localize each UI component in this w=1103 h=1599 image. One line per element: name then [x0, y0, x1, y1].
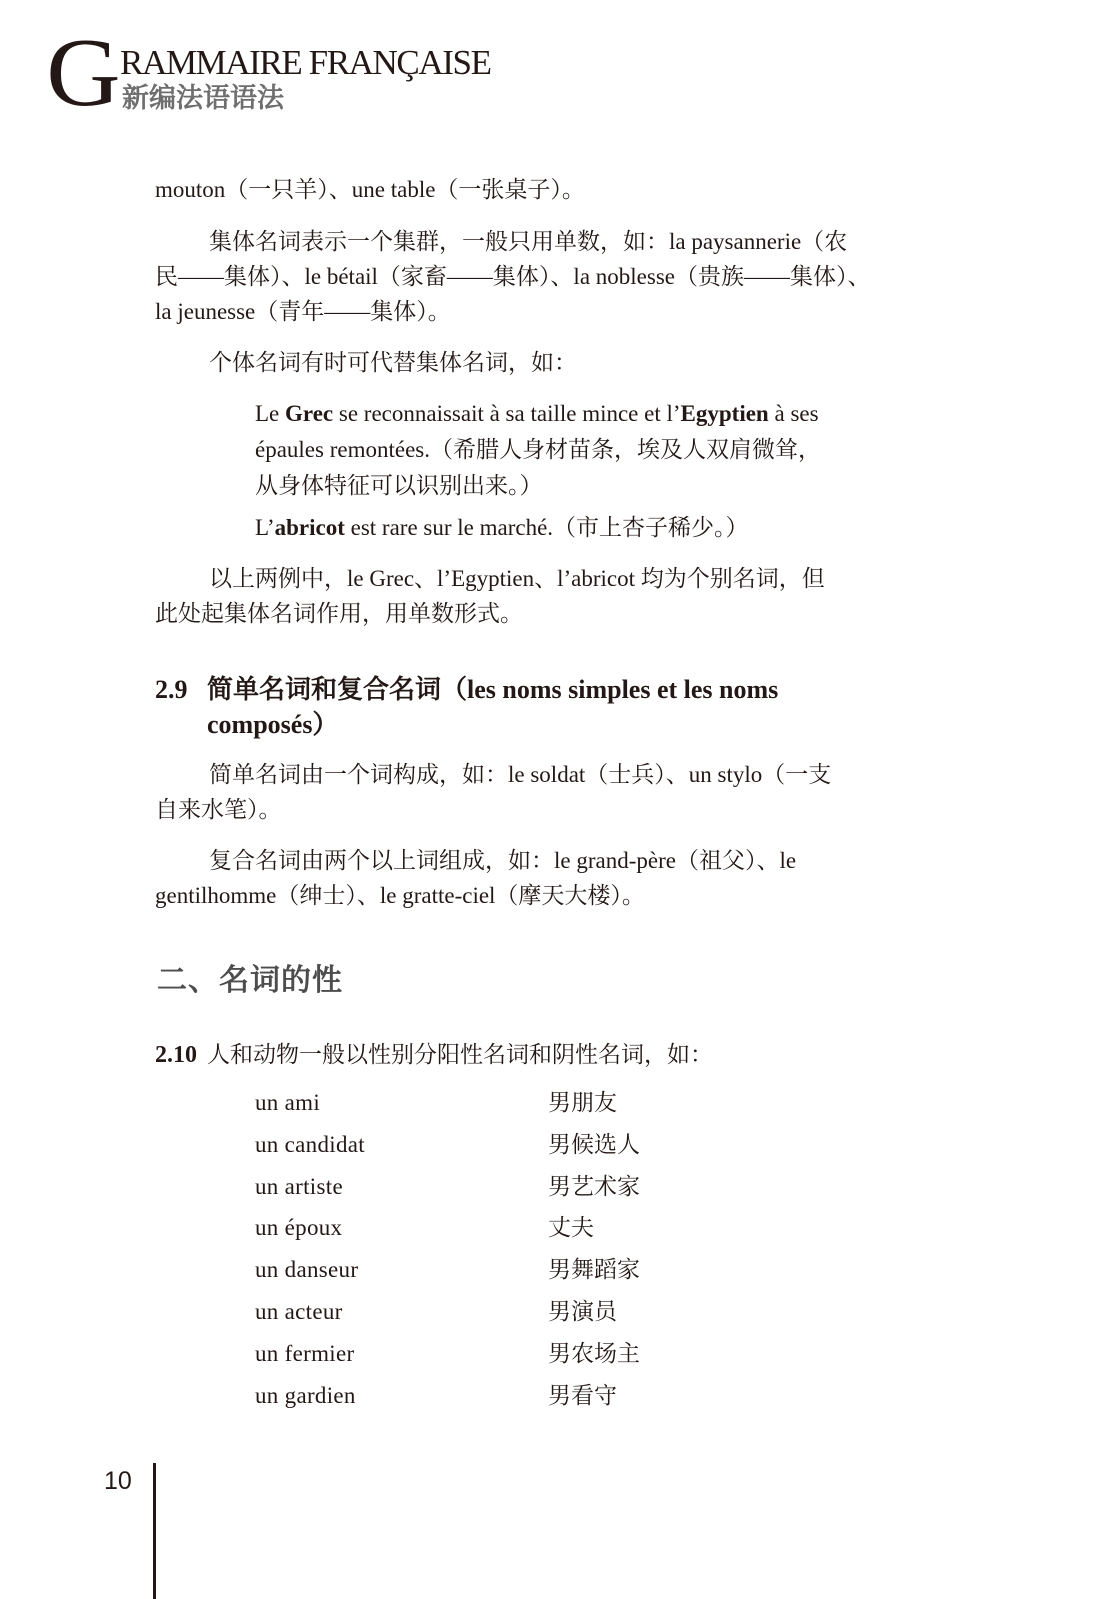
paragraph-compound-nouns: 复合名词由两个以上词组成，如：le grand-père（祖父）、le gent… [155, 843, 912, 913]
chinese-translation: 男看守 [548, 1378, 617, 1414]
chinese-translation: 男朋友 [548, 1085, 617, 1121]
paragraph-collective-nouns: 集体名词表示一个集群，一般只用单数，如：la paysannerie（农 民——… [155, 224, 912, 329]
paragraph-explanation: 以上两例中，le Grec、l’Egyptien、l’abricot 均为个别名… [155, 561, 912, 631]
chapter-heading: 二、名词的性 [157, 955, 343, 999]
paragraph-continued: mouton（一只羊）、une table（一张桌子）。 [155, 172, 912, 207]
vocabulary-list: un ami男朋友 un candidat男候选人 un artiste男艺术家… [255, 1085, 755, 1419]
section-number: 2.10 [155, 1042, 197, 1068]
text-line: L’abricot est rare sur le marché.（市上杏子稀少… [255, 510, 915, 546]
bold-term: Grec [285, 401, 333, 426]
french-term: un gardien [255, 1378, 356, 1414]
text-fragment: Le [255, 401, 285, 426]
header-title-chinese: 新编法语语法 [122, 84, 284, 114]
example-sentence-1: Le Grec se reconnaissait à sa taille min… [255, 396, 915, 504]
vocab-row: un ami男朋友 [255, 1085, 755, 1127]
text-line: 从身体特征可以识别出来。） [255, 468, 915, 504]
vocab-row: un gardien男看守 [255, 1378, 755, 1420]
text-fragment: se reconnaissait à sa taille mince et l’ [333, 401, 680, 426]
text-line: gentilhomme（绅士）、le gratte-ciel（摩天大楼）。 [155, 878, 912, 913]
chinese-translation: 男艺术家 [548, 1169, 640, 1205]
chinese-translation: 男候选人 [548, 1127, 640, 1163]
text-fragment: L’ [255, 515, 275, 540]
page-number: 10 [104, 1467, 132, 1496]
paragraph-individual-nouns: 个体名词有时可代替集体名词，如： [155, 345, 912, 380]
text-line: 民——集体）、le bétail（家畜——集体）、la noblesse（贵族—… [155, 259, 912, 294]
vocab-row: un acteur男演员 [255, 1294, 755, 1336]
french-term: un ami [255, 1085, 320, 1121]
vocab-row: un artiste男艺术家 [255, 1169, 755, 1211]
paragraph-simple-nouns: 简单名词由一个词构成，如：le soldat（士兵）、un stylo（一支 自… [155, 757, 912, 827]
vocab-row: un candidat男候选人 [255, 1127, 755, 1169]
chinese-translation: 丈夫 [548, 1210, 594, 1246]
text-line: 集体名词表示一个集群，一般只用单数，如：la paysannerie（农 [155, 224, 912, 259]
text-fragment: à ses [769, 401, 819, 426]
french-term: un candidat [255, 1127, 365, 1163]
section-heading-2-10: 2.10人和动物一般以性别分阳性名词和阴性名词，如： [155, 1037, 713, 1073]
text-line: 简单名词由一个词构成，如：le soldat（士兵）、un stylo（一支 [155, 757, 912, 792]
chinese-translation: 男农场主 [548, 1336, 640, 1372]
chinese-translation: 男演员 [548, 1294, 617, 1330]
text-line: Le Grec se reconnaissait à sa taille min… [255, 396, 915, 432]
chinese-translation: 男舞蹈家 [548, 1252, 640, 1288]
vocab-row: un époux丈夫 [255, 1210, 755, 1252]
text-line: 个体名词有时可代替集体名词，如： [155, 345, 912, 380]
text-line: 复合名词由两个以上词组成，如：le grand-père（祖父）、le [155, 843, 912, 878]
footer-vertical-rule [153, 1463, 156, 1599]
vocab-row: un fermier男农场主 [255, 1336, 755, 1378]
french-term: un danseur [255, 1252, 358, 1288]
example-sentence-2: L’abricot est rare sur le marché.（市上杏子稀少… [255, 510, 915, 546]
section-number: 2.9 [155, 672, 207, 707]
french-term: un artiste [255, 1169, 343, 1205]
french-term: un fermier [255, 1336, 354, 1372]
vocab-row: un danseur男舞蹈家 [255, 1252, 755, 1294]
text-line: 此处起集体名词作用，用单数形式。 [155, 596, 912, 631]
french-term: un acteur [255, 1294, 343, 1330]
bold-term: abricot [275, 515, 345, 540]
bold-term: Egyptien [681, 401, 769, 426]
french-term: un époux [255, 1210, 342, 1246]
text-line: épaules remontées.（希腊人身材苗条，埃及人双肩微耸， [255, 432, 915, 468]
text-line: 自来水笔）。 [155, 792, 912, 827]
section-heading-2-9: 2.9简单名词和复合名词（les noms simples et les nom… [155, 672, 915, 742]
text-line: la jeunesse（青年——集体）。 [155, 294, 912, 329]
running-header: G RAMMAIRE FRANÇAISE 新编法语语法 [48, 38, 508, 128]
section-title-continued: composés） [155, 707, 915, 742]
section-text: 人和动物一般以性别分阳性名词和阴性名词，如： [207, 1042, 713, 1067]
text-line: mouton（一只羊）、une table（一张桌子）。 [155, 172, 912, 207]
header-title-french: RAMMAIRE FRANÇAISE [120, 45, 491, 81]
section-title: 简单名词和复合名词（les noms simples et les noms [207, 675, 778, 704]
header-initial-letter: G [46, 24, 118, 122]
text-fragment: est rare sur le marché.（市上杏子稀少。） [345, 515, 749, 540]
text-line: 以上两例中，le Grec、l’Egyptien、l’abricot 均为个别名… [155, 561, 912, 596]
